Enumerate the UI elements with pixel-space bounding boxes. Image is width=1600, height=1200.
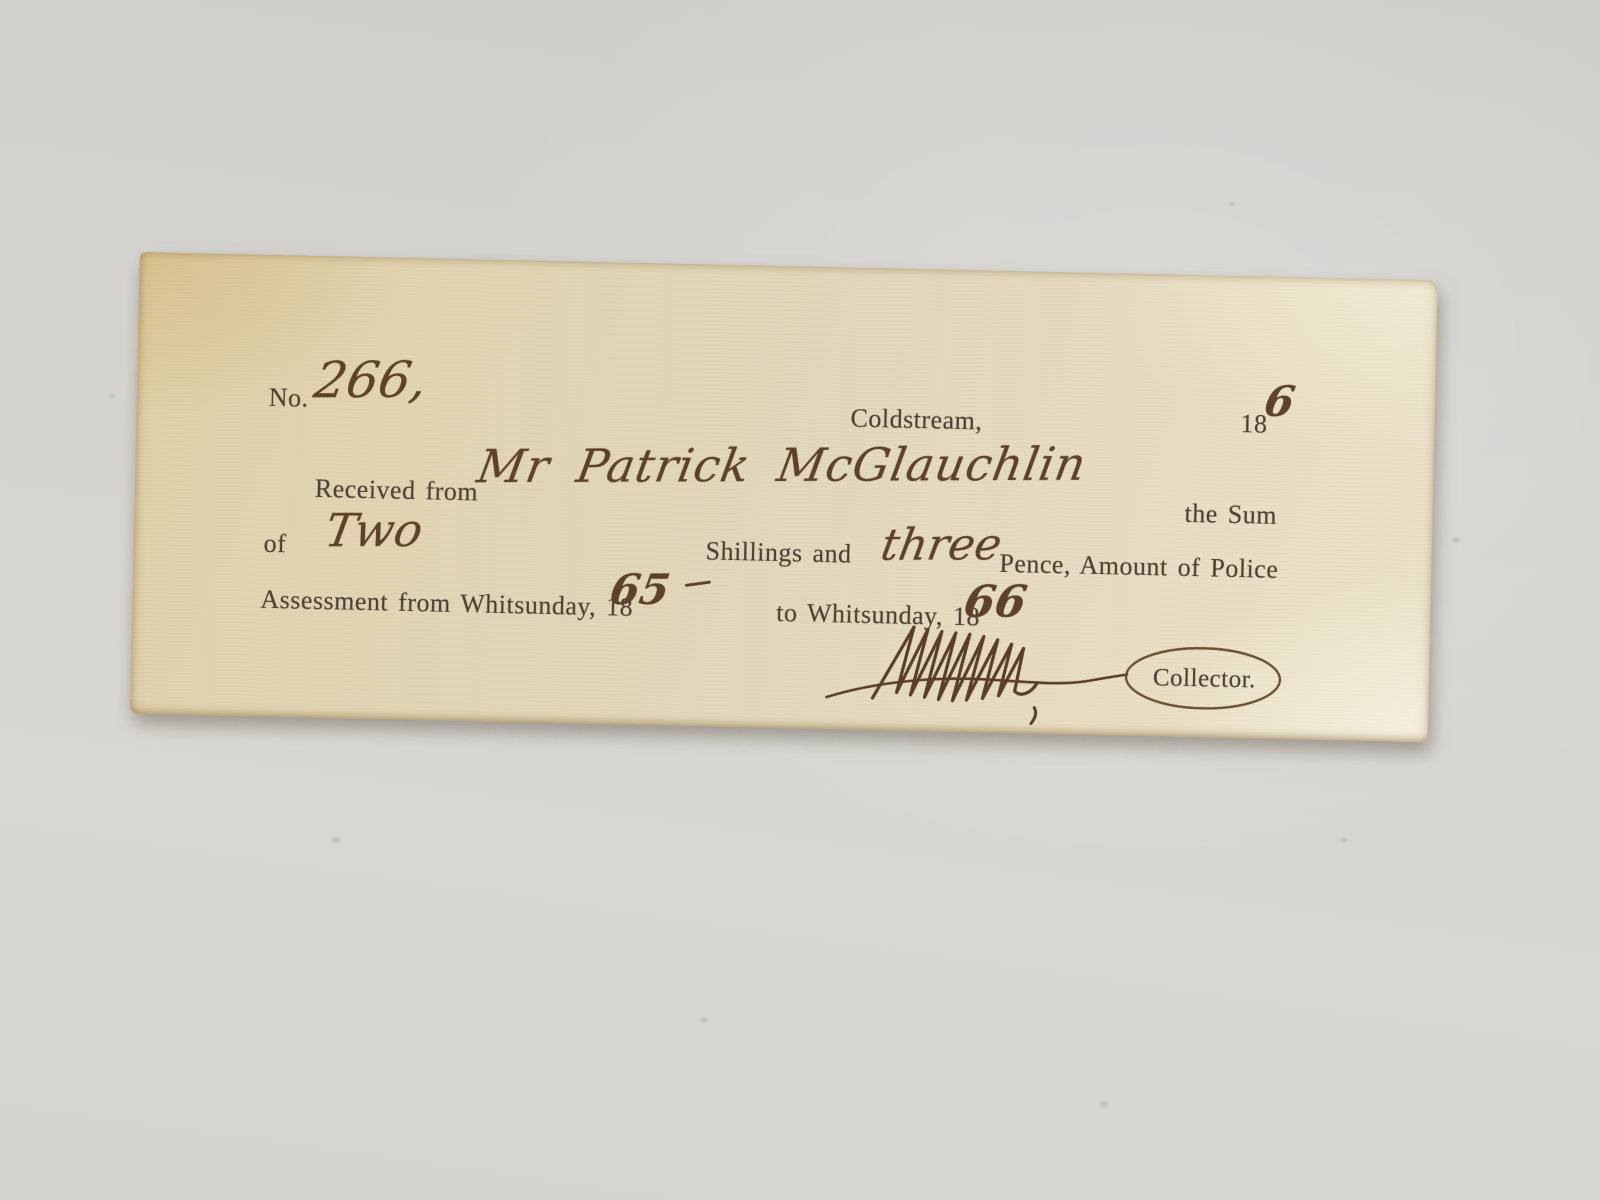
shillings-label: Shillings and bbox=[705, 536, 852, 569]
payer-name: Mr Patrick McGlauchlin bbox=[473, 437, 1090, 493]
photo-background-wall: No. 266, Coldstream, 18 6 Received from … bbox=[0, 0, 1600, 1200]
shillings-value: Two bbox=[321, 503, 427, 557]
pence-value: three bbox=[877, 519, 1005, 570]
sum-label: the Sum bbox=[1184, 499, 1277, 531]
year-handwritten: 6 bbox=[1261, 377, 1299, 426]
assessment-from-year: 65 bbox=[606, 565, 673, 614]
pen-stroke-dash bbox=[685, 581, 711, 587]
of-label: of bbox=[263, 529, 286, 559]
place-name: Coldstream, bbox=[850, 404, 982, 437]
collector-label: Collector. bbox=[1153, 664, 1256, 694]
pence-label: Pence, Amount of Police bbox=[999, 549, 1279, 585]
receipt-number-label: No. bbox=[269, 383, 309, 414]
receipt-paper: No. 266, Coldstream, 18 6 Received from … bbox=[130, 252, 1438, 742]
assessment-from-label: Assessment from Whitsunday, 18 bbox=[260, 585, 633, 623]
receipt-number-value: 266, bbox=[310, 351, 432, 409]
